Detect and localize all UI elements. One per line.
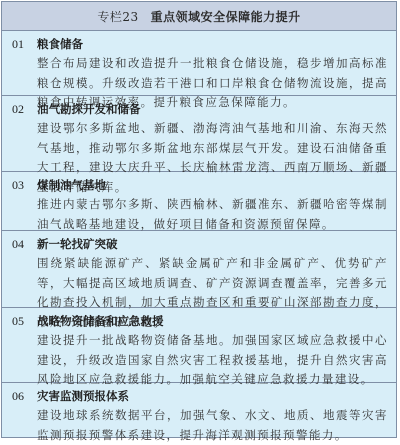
section-strategic-reserve: 05战略物资储备和应急救援 建设提升一批战略物资储备基地。加强国家区域应急救援中…: [2, 308, 396, 383]
section-number: 05: [12, 312, 37, 331]
box-header: 专栏23 重点领域安全保障能力提升: [2, 2, 396, 31]
section-number: 04: [12, 235, 37, 254]
box-title: 重点领域安全保障能力提升: [151, 8, 301, 25]
section-body: 建设地球系统数据平台，加强气象、水文、地质、地震等灾害监测预报预警体系建设，提升…: [37, 406, 388, 441]
box-label: 专栏23: [97, 8, 138, 25]
section-coal-to-oil: 03煤制油气基地 推进内蒙古鄂尔多斯、陕西榆林、新疆准东、新疆哈密等煤制油气战略…: [2, 172, 396, 231]
section-title: 灾害监测预报体系: [37, 387, 129, 406]
section-body: 推进内蒙古鄂尔多斯、陕西榆林、新疆准东、新疆哈密等煤制油气战略基地建设，做好项目…: [37, 195, 388, 234]
section-title: 油气勘探开发和储备: [37, 100, 141, 119]
section-title: 战略物资储备和应急救援: [37, 312, 164, 331]
section-body: 建设提升一批战略物资储备基地。加强国家区域应急救援中心建设，升级改造国家自然灾害…: [37, 331, 388, 390]
section-number: 06: [12, 387, 37, 406]
section-title: 煤制油气基地: [37, 176, 106, 195]
feature-box: 专栏23 重点领域安全保障能力提升 01粮食储备 整合布局建设和改造提升一批粮食…: [1, 1, 397, 438]
section-number: 01: [12, 35, 37, 54]
section-grain-reserve: 01粮食储备 整合布局建设和改造提升一批粮食仓储设施，稳步增加高标准粮仓规模。升…: [2, 31, 396, 96]
section-title: 新一轮找矿突破: [37, 235, 118, 254]
section-disaster-monitoring: 06灾害监测预报体系 建设地球系统数据平台，加强气象、水文、地质、地震等灾害监测…: [2, 383, 396, 439]
section-number: 03: [12, 176, 37, 195]
section-number: 02: [12, 100, 37, 119]
section-mineral-exploration: 04新一轮找矿突破 围绕紧缺能源矿产、紧缺金属矿产和非金属矿产、优势矿产等，大幅…: [2, 231, 396, 308]
section-title: 粮食储备: [37, 35, 83, 54]
